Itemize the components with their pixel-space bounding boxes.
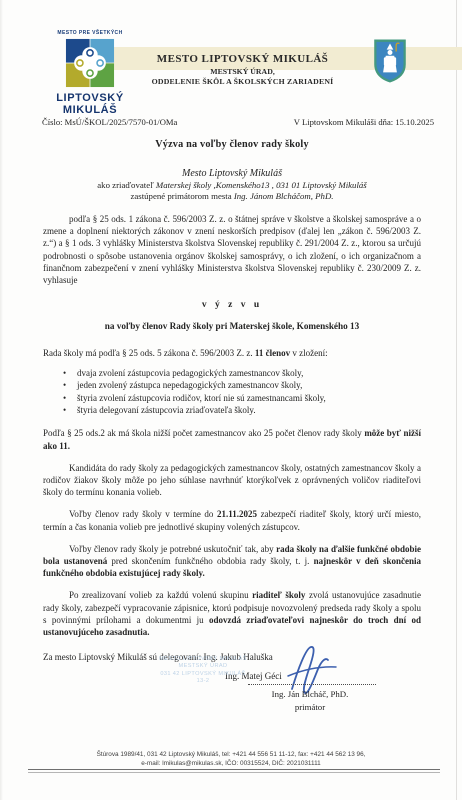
lower-count-paragraph: Podľa § 25 ods.2 ak má škola nižší počet…	[43, 427, 421, 451]
elections-deadline-paragraph: Voľby členov rady školy v termíne do 21.…	[43, 508, 421, 532]
letter-footer: Štúrova 1989/41, 031 42 Liptovský Mikulá…	[40, 750, 422, 768]
reference-number: Číslo: MsÚ/ŠKOL/2025/7570-01/OMa	[42, 117, 177, 127]
footer-contact-line: e-mail: lmikulas@mikulas.sk, IČO: 003155…	[40, 759, 422, 768]
coat-of-arms-icon	[373, 38, 407, 84]
council-composition-intro: Rada školy má podľa § 25 ods. 5 zákona č…	[43, 347, 421, 359]
scan-edge-right	[456, 0, 457, 800]
city-name-line: Mesto Liptovský Mikuláš	[43, 168, 421, 180]
addressee-block: Mesto Liptovský Mikuláš ako zriaďovateľ …	[43, 168, 421, 203]
signature-scribble	[282, 643, 346, 695]
letterhead-org: MESTO LIPTOVSKÝ MIKULÁŠ MESTSKÝ ÚRAD, OD…	[120, 53, 365, 86]
list-item: dvaja zvolení zástupcovia pedagogických …	[63, 367, 421, 379]
after-elections-paragraph: Po zrealizovaní volieb za každú volenú s…	[43, 589, 421, 638]
list-item: štyria zvolení zástupcovia rodičov, ktor…	[63, 392, 421, 404]
council-composition-list: dvaja zvolení zástupcovia pedagogických …	[43, 367, 421, 417]
document-body: Výzva na voľby členov rady školy Mesto L…	[43, 139, 421, 683]
stamp-line: MESTSKÝ ÚRAD	[133, 663, 273, 670]
signatory-role: primátor	[240, 702, 380, 712]
mayor-line: zastúpené primátorom mesta Ing. Jánom Bl…	[43, 191, 421, 203]
list-item: jeden zvolený zástupca nepedagogických z…	[63, 379, 421, 391]
org-department: ODDELENIE ŠKÔL A ŠKOLSKÝCH ZARIADENÍ	[120, 77, 365, 86]
org-office: MESTSKÝ ÚRAD,	[120, 67, 365, 76]
founder-line: ako zriaďovateľ Materskej školy ,Komensk…	[43, 180, 421, 192]
stamp-line: 031 42 LIPTOVSKÝ MIKULÁŠ	[133, 671, 273, 678]
reference-row: Číslo: MsÚ/ŠKOL/2025/7570-01/OMa V Lipto…	[42, 117, 434, 127]
signature-line	[248, 684, 376, 685]
logo-city-name: LIPTOVSKÝ MIKULÁŠ	[42, 93, 138, 116]
legal-basis-paragraph: podľa § 25 ods. 1 zákona č. 596/2003 Z. …	[43, 213, 421, 286]
candidate-paragraph: Kandidáta do rady školy za pedagogických…	[43, 462, 421, 499]
proclamation-word: v ý z v u	[43, 299, 421, 311]
list-item: štyria delegovaní zástupcovia zriaďovate…	[63, 404, 421, 416]
city-logo-icon	[65, 38, 115, 88]
document-page: MESTO PRE VŠETKÝCH LIPTOVSKÝ MIKULÁŠ MES…	[0, 0, 462, 800]
document-title: Výzva na voľby členov rady školy	[43, 139, 421, 151]
office-stamp: MESTO LIPTOVSKÝ MIKULÁŠ MESTSKÝ ÚRAD 031…	[133, 656, 273, 686]
footer-rule	[28, 769, 440, 773]
footer-address-line: Štúrova 1989/41, 031 42 Liptovský Mikulá…	[40, 750, 422, 759]
term-rule-paragraph: Voľby členov rady školy je potrebné usku…	[43, 543, 421, 580]
signatory-name: Ing. Ján Blcháč, PhD.	[240, 689, 380, 699]
org-name: MESTO LIPTOVSKÝ MIKULÁŠ	[120, 53, 365, 65]
logo-tagline: MESTO PRE VŠETKÝCH	[42, 30, 138, 36]
proclamation-subject: na voľby členov Rady školy pri Materskej…	[43, 320, 421, 332]
scan-edge-left	[0, 0, 3, 800]
place-date: V Liptovskom Mikuláši dňa: 15.10.2025	[294, 117, 434, 127]
